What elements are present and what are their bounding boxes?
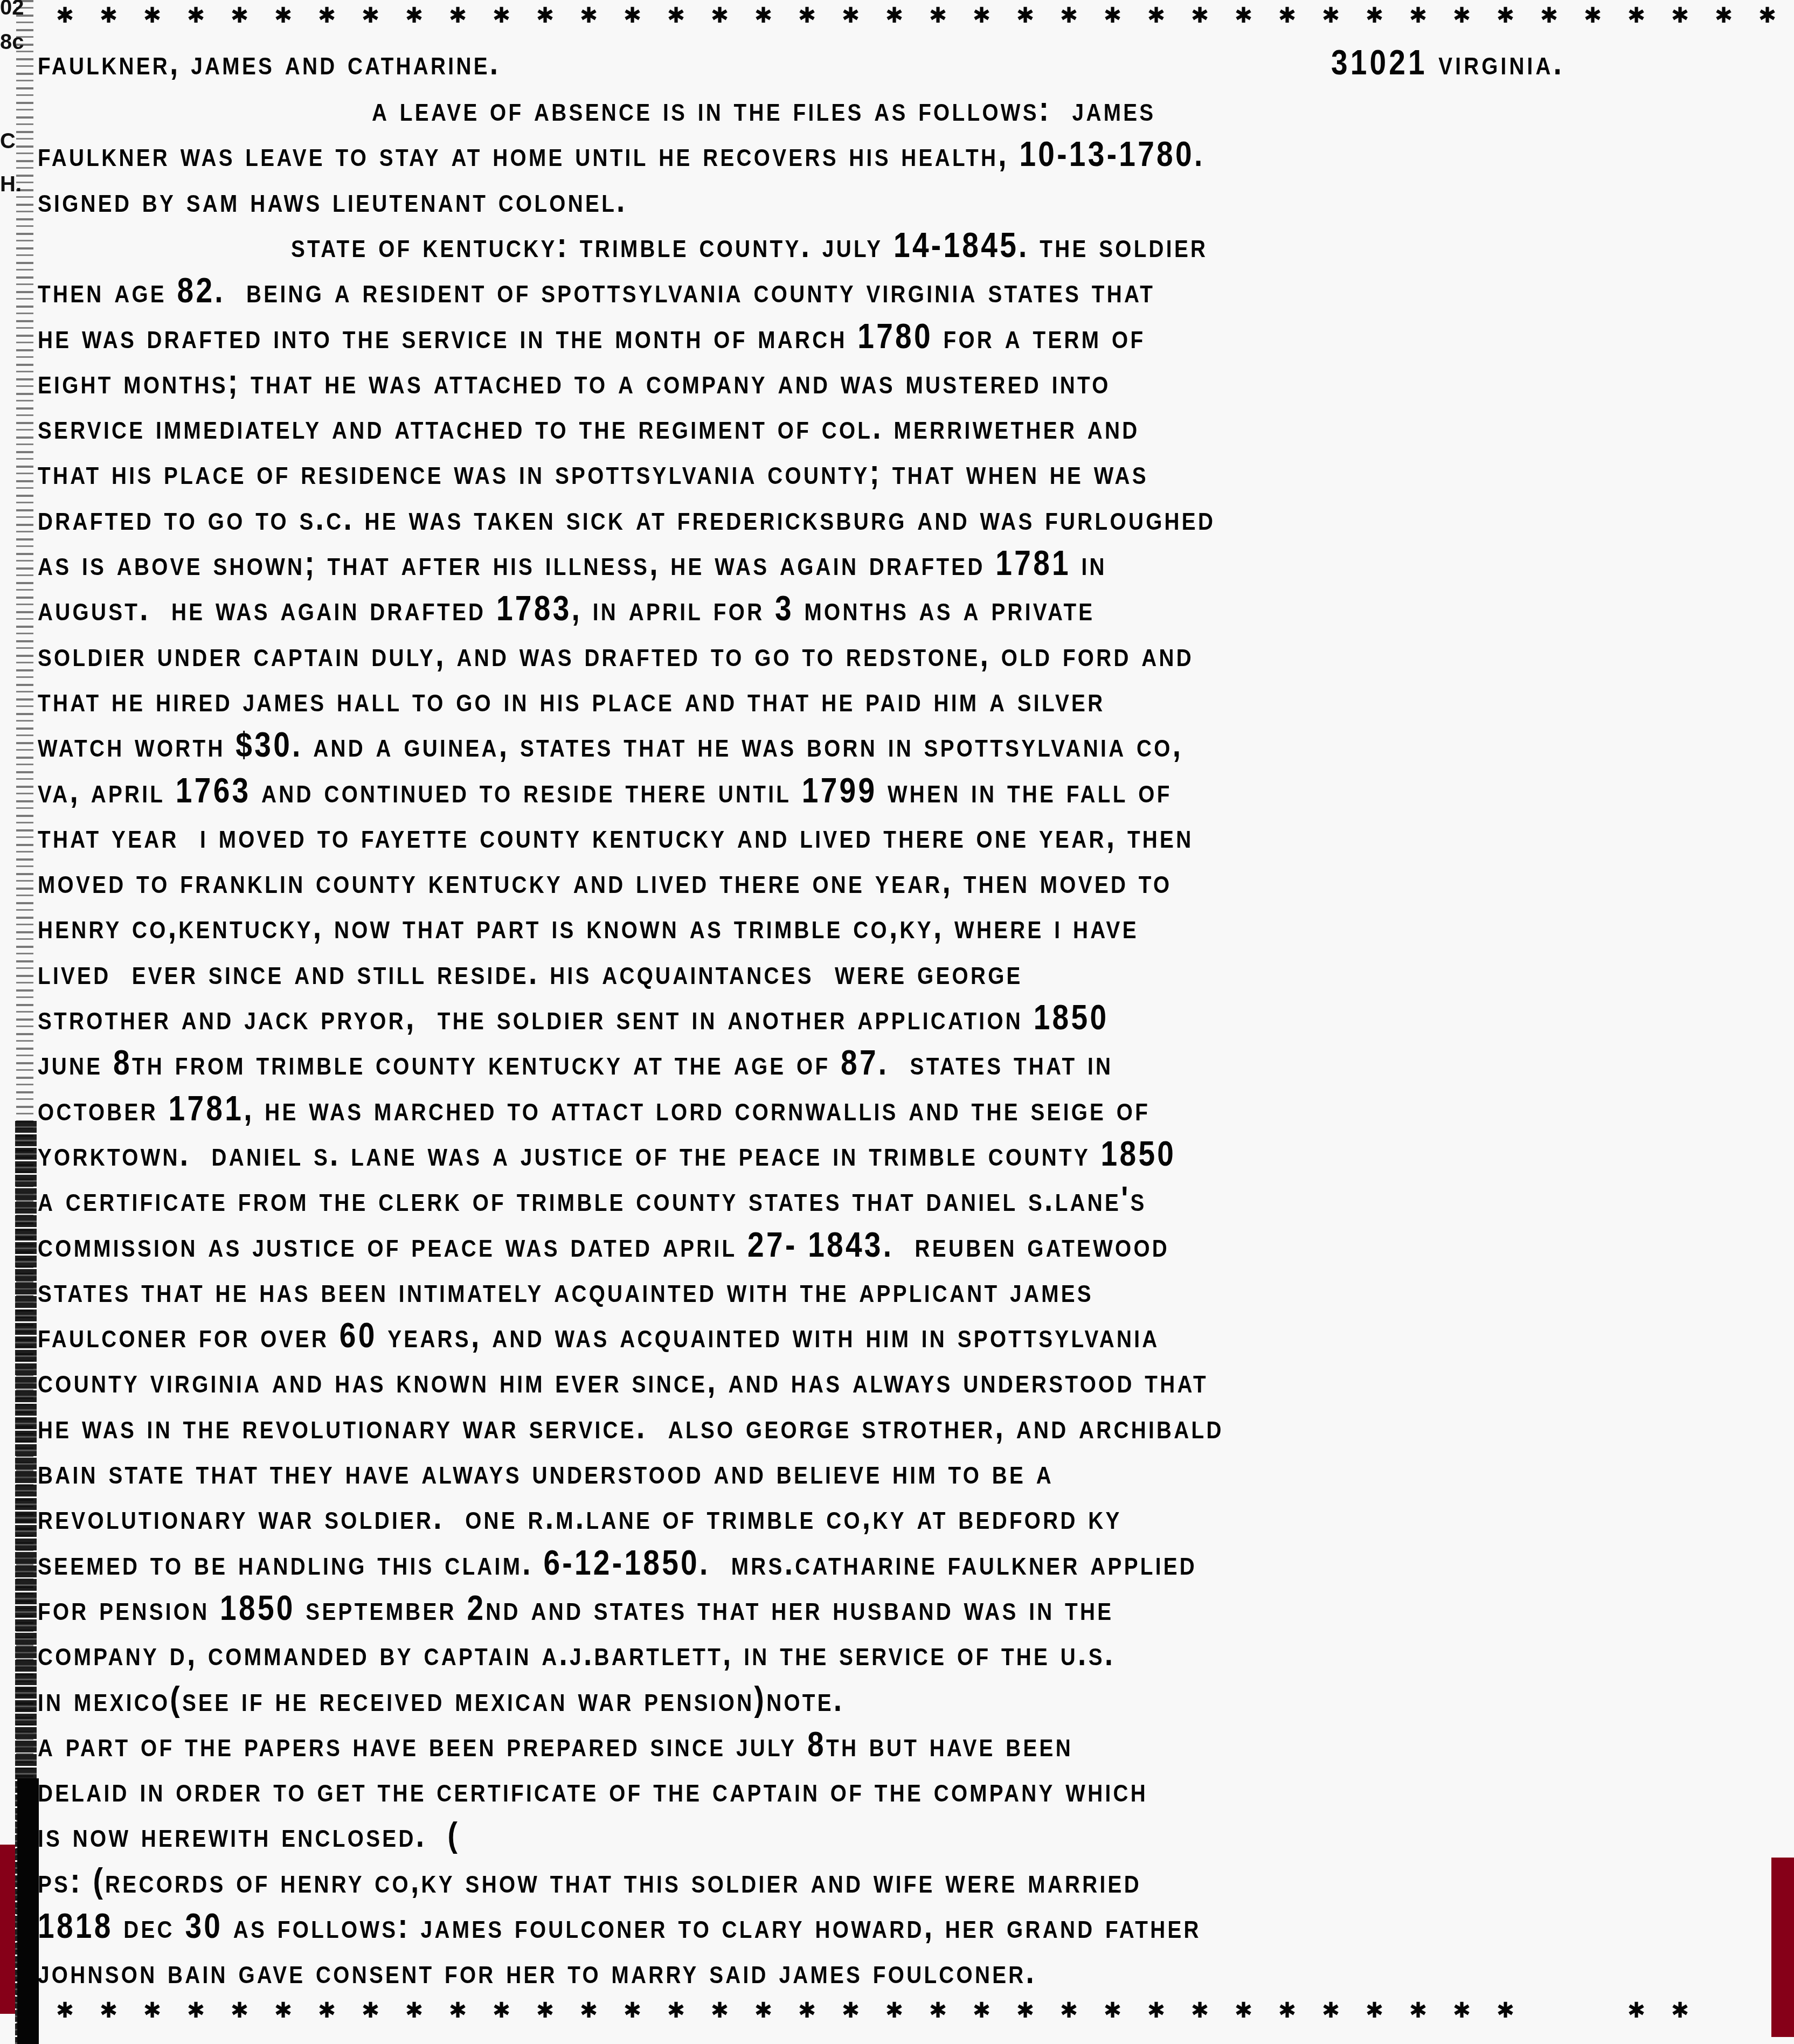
asterisk-glyph: ✱ bbox=[742, 3, 785, 28]
asterisk-glyph: ✱ bbox=[1003, 1998, 1047, 2023]
asterisk-glyph: ✱ bbox=[480, 1998, 523, 2023]
asterisk-glyph: ✱ bbox=[785, 1998, 829, 2023]
asterisk-glyph: ✱ bbox=[1091, 3, 1134, 28]
asterisk-glyph: ✱ bbox=[872, 3, 916, 28]
asterisk-divider-bottom: ✱✱✱✱✱✱✱✱✱✱✱✱✱✱✱✱✱✱✱✱✱✱✱✱✱✱✱✱✱✱✱✱✱✱✱✱ bbox=[43, 1998, 1702, 2023]
asterisk-glyph: ✱ bbox=[1745, 3, 1789, 28]
asterisk-glyph: ✱ bbox=[916, 1998, 960, 2023]
document-text-line: STROTHER AND JACK PRYOR, THE SOLDIER SEN… bbox=[38, 995, 1109, 1040]
asterisk-glyph: ✱ bbox=[1265, 1998, 1309, 2023]
asterisk-glyph: ✱ bbox=[916, 3, 960, 28]
document-text-line: JOHNSON BAIN GAVE CONSENT FOR HER TO MAR… bbox=[38, 1949, 1036, 1994]
document-text-line: YORKTOWN. DANIEL S. LANE WAS A JUSTICE O… bbox=[38, 1131, 1176, 1176]
document-text-line: DRAFTED TO GO TO S.C. HE WAS TAKEN SICK … bbox=[38, 495, 1215, 541]
asterisk-glyph: ✱ bbox=[1789, 3, 1794, 28]
asterisk-glyph: ✱ bbox=[1396, 3, 1440, 28]
asterisk-glyph: ✱ bbox=[1353, 3, 1396, 28]
asterisk-glyph: ✱ bbox=[349, 3, 392, 28]
margin-note: H. bbox=[0, 172, 22, 197]
asterisk-glyph: ✱ bbox=[305, 1998, 349, 2023]
document-text-line: LIVED EVER SINCE AND STILL RESIDE. HIS A… bbox=[38, 950, 1023, 995]
asterisk-divider-top: ✱✱✱✱✱✱✱✱✱✱✱✱✱✱✱✱✱✱✱✱✱✱✱✱✱✱✱✱✱✱✱✱✱✱✱✱✱✱✱✱… bbox=[43, 3, 1794, 28]
asterisk-glyph: ✱ bbox=[436, 3, 480, 28]
document-text-line: THAT YEAR I MOVED TO FAYETTE COUNTY KENT… bbox=[38, 813, 1193, 858]
document-text-line: IS NOW HEREWITH ENCLOSED. ( bbox=[38, 1812, 460, 1858]
asterisk-glyph: ✱ bbox=[872, 1998, 916, 2023]
document-text-line: THAT HIS PLACE OF RESIDENCE WAS IN SPOTT… bbox=[38, 449, 1148, 495]
asterisk-glyph: ✱ bbox=[1440, 1998, 1484, 2023]
asterisk-glyph: ✱ bbox=[567, 3, 611, 28]
asterisk-glyph: ✱ bbox=[87, 3, 130, 28]
document-text-line: MOVED TO FRANKLIN COUNTY KENTUCKY AND LI… bbox=[38, 858, 1172, 904]
binding-edge-black bbox=[17, 1778, 39, 2044]
document-text-line: COMMISSION AS JUSTICE OF PEACE WAS DATED… bbox=[38, 1222, 1169, 1267]
margin-note: 02 bbox=[0, 0, 24, 20]
document-text-line: SOLDIER UNDER CAPTAIN DULY, AND WAS DRAF… bbox=[38, 632, 1194, 677]
document-text-line: COMPANY D, COMMANDED BY CAPTAIN A.J.BART… bbox=[38, 1631, 1115, 1676]
asterisk-glyph: ✱ bbox=[1309, 3, 1353, 28]
document-text-line: JUNE 8TH FROM TRIMBLE COUNTY KENTUCKY AT… bbox=[38, 1040, 1113, 1085]
document-text-line: A CERTIFICATE FROM THE CLERK OF TRIMBLE … bbox=[38, 1176, 1147, 1222]
asterisk-glyph: ✱ bbox=[1222, 3, 1265, 28]
asterisk-glyph: ✱ bbox=[349, 1998, 392, 2023]
asterisk-glyph: ✱ bbox=[130, 1998, 174, 2023]
asterisk-glyph: ✱ bbox=[1178, 3, 1222, 28]
asterisk-glyph: ✱ bbox=[1615, 1998, 1658, 2023]
asterisk-glyph: ✱ bbox=[1091, 1998, 1134, 2023]
asterisk-glyph: ✱ bbox=[261, 3, 305, 28]
document-text-line: THAT HE HIRED JAMES HALL TO GO IN HIS PL… bbox=[38, 677, 1105, 722]
document-text-line: VA, APRIL 1763 AND CONTINUED TO RESIDE T… bbox=[38, 768, 1172, 813]
document-page: 02 8c C H. ✱✱✱✱✱✱✱✱✱✱✱✱✱✱✱✱✱✱✱✱✱✱✱✱✱✱✱✱✱… bbox=[0, 0, 1794, 2044]
asterisk-glyph: ✱ bbox=[43, 1998, 87, 2023]
asterisk-glyph: ✱ bbox=[960, 3, 1003, 28]
asterisk-glyph: ✱ bbox=[480, 3, 523, 28]
document-text-line: PS: (RECORDS OF HENRY CO,KY SHOW THAT TH… bbox=[38, 1858, 1141, 1903]
asterisk-glyph: ✱ bbox=[523, 3, 567, 28]
asterisk-glyph: ✱ bbox=[1003, 3, 1047, 28]
asterisk-glyph: ✱ bbox=[1047, 3, 1091, 28]
asterisk-glyph: ✱ bbox=[1353, 1998, 1396, 2023]
document-text-line: HENRY CO,KENTUCKY, NOW THAT PART IS KNOW… bbox=[38, 904, 1139, 949]
document-text-line: FAULKNER WAS LEAVE TO STAY AT HOME UNTIL… bbox=[38, 131, 1205, 177]
record-header-name: FAULKNER, JAMES AND CATHARINE. bbox=[38, 40, 500, 85]
asterisk-glyph: ✱ bbox=[829, 3, 872, 28]
asterisk-glyph: ✱ bbox=[436, 1998, 480, 2023]
document-text-line: BAIN STATE THAT THEY HAVE ALWAYS UNDERST… bbox=[38, 1449, 1054, 1494]
document-text-line: STATES THAT HE HAS BEEN INTIMATELY ACQUA… bbox=[38, 1267, 1093, 1313]
document-text-line: THEN AGE 82. BEING A RESIDENT OF SPOTTSY… bbox=[38, 268, 1155, 313]
document-text-line: DELAID IN ORDER TO GET THE CERTIFICATE O… bbox=[38, 1767, 1148, 1812]
document-text-line: SEEMED TO BE HANDLING THIS CLAIM. 6-12-1… bbox=[38, 1540, 1197, 1585]
document-text-line: HE WAS IN THE REVOLUTIONARY WAR SERVICE.… bbox=[38, 1404, 1224, 1449]
asterisk-glyph: ✱ bbox=[829, 1998, 872, 2023]
document-text-line: IN MEXICO(SEE IF HE RECEIVED MEXICAN WAR… bbox=[38, 1676, 844, 1722]
asterisk-glyph: ✱ bbox=[1309, 1998, 1353, 2023]
asterisk-glyph: ✱ bbox=[960, 1998, 1003, 2023]
asterisk-glyph: ✱ bbox=[218, 1998, 261, 2023]
asterisk-glyph: ✱ bbox=[1527, 3, 1571, 28]
asterisk-glyph: ✱ bbox=[261, 1998, 305, 2023]
asterisk-glyph: ✱ bbox=[611, 1998, 654, 2023]
asterisk-glyph: ✱ bbox=[1134, 3, 1178, 28]
asterisk-glyph: ✱ bbox=[654, 1998, 698, 2023]
asterisk-glyph: ✱ bbox=[654, 3, 698, 28]
asterisk-glyph: ✱ bbox=[174, 1998, 218, 2023]
document-text-line: HE WAS DRAFTED INTO THE SERVICE IN THE M… bbox=[38, 314, 1145, 359]
asterisk-glyph: ✱ bbox=[785, 3, 829, 28]
asterisk-glyph: ✱ bbox=[698, 3, 742, 28]
document-text-line: AUGUST. HE WAS AGAIN DRAFTED 1783, IN AP… bbox=[38, 586, 1095, 631]
asterisk-glyph: ✱ bbox=[1222, 1998, 1265, 2023]
asterisk-glyph: ✱ bbox=[392, 3, 436, 28]
asterisk-glyph: ✱ bbox=[305, 3, 349, 28]
asterisk-glyph: ✱ bbox=[611, 3, 654, 28]
asterisk-glyph: ✱ bbox=[1047, 1998, 1091, 2023]
asterisk-glyph: ✱ bbox=[1615, 3, 1658, 28]
document-text-line: WATCH WORTH $30. AND A GUINEA, STATES TH… bbox=[38, 722, 1183, 767]
asterisk-glyph: ✱ bbox=[87, 1998, 130, 2023]
asterisk-glyph: ✱ bbox=[742, 1998, 785, 2023]
asterisk-glyph: ✱ bbox=[218, 3, 261, 28]
document-text-line: EIGHT MONTHS; THAT HE WAS ATTACHED TO A … bbox=[38, 359, 1111, 404]
asterisk-glyph: ✱ bbox=[1265, 3, 1309, 28]
asterisk-glyph: ✱ bbox=[1396, 1998, 1440, 2023]
asterisk-glyph: ✱ bbox=[174, 3, 218, 28]
record-file-number: 31021 VIRGINIA. bbox=[1331, 40, 1564, 85]
asterisk-glyph: ✱ bbox=[1702, 3, 1745, 28]
asterisk-glyph: ✱ bbox=[392, 1998, 436, 2023]
margin-note: 8c bbox=[0, 30, 24, 54]
asterisk-glyph: ✱ bbox=[1658, 1998, 1702, 2023]
document-text-line: STATE OF KENTUCKY: TRIMBLE COUNTY. JULY … bbox=[291, 223, 1208, 268]
asterisk-glyph: ✱ bbox=[130, 3, 174, 28]
document-text-line: REVOLUTIONARY WAR SOLDIER. ONE R.M.LANE … bbox=[38, 1494, 1122, 1540]
document-text-line: COUNTY VIRGINIA AND HAS KNOWN HIM EVER S… bbox=[38, 1358, 1208, 1403]
document-text-line: FOR PENSION 1850 SEPTEMBER 2ND AND STATE… bbox=[38, 1585, 1113, 1631]
document-text-line: A PART OF THE PAPERS HAVE BEEN PREPARED … bbox=[38, 1722, 1073, 1767]
asterisk-glyph: ✱ bbox=[523, 1998, 567, 2023]
document-text-line: AS IS ABOVE SHOWN; THAT AFTER HIS ILLNES… bbox=[38, 541, 1107, 586]
asterisk-glyph: ✱ bbox=[1134, 1998, 1178, 2023]
red-margin-band-left bbox=[0, 1845, 15, 2014]
asterisk-glyph: ✱ bbox=[698, 1998, 742, 2023]
document-text-line: OCTOBER 1781, HE WAS MARCHED TO ATTACT L… bbox=[38, 1086, 1150, 1131]
asterisk-glyph: ✱ bbox=[1571, 3, 1615, 28]
asterisk-glyph: ✱ bbox=[567, 1998, 611, 2023]
asterisk-glyph: ✱ bbox=[1440, 3, 1484, 28]
asterisk-glyph: ✱ bbox=[1484, 1998, 1527, 2023]
document-text-line: 1818 DEC 30 AS FOLLOWS: JAMES FOULCONER … bbox=[38, 1903, 1201, 1949]
asterisk-glyph: ✱ bbox=[1484, 3, 1527, 28]
red-margin-band-right bbox=[1771, 1858, 1794, 2037]
margin-note: C bbox=[0, 129, 16, 154]
asterisk-glyph: ✱ bbox=[43, 3, 87, 28]
document-text-line: A LEAVE OF ABSENCE IS IN THE FILES AS FO… bbox=[372, 86, 1155, 131]
asterisk-glyph: ✱ bbox=[1658, 3, 1702, 28]
document-text-line: SIGNED BY SAM HAWS LIEUTENANT COLONEL. bbox=[38, 177, 627, 223]
asterisk-glyph: ✱ bbox=[1178, 1998, 1222, 2023]
document-text-line: FAULCONER FOR OVER 60 YEARS, AND WAS ACQ… bbox=[38, 1313, 1160, 1358]
document-text-line: SERVICE IMMEDIATELY AND ATTACHED TO THE … bbox=[38, 404, 1139, 449]
